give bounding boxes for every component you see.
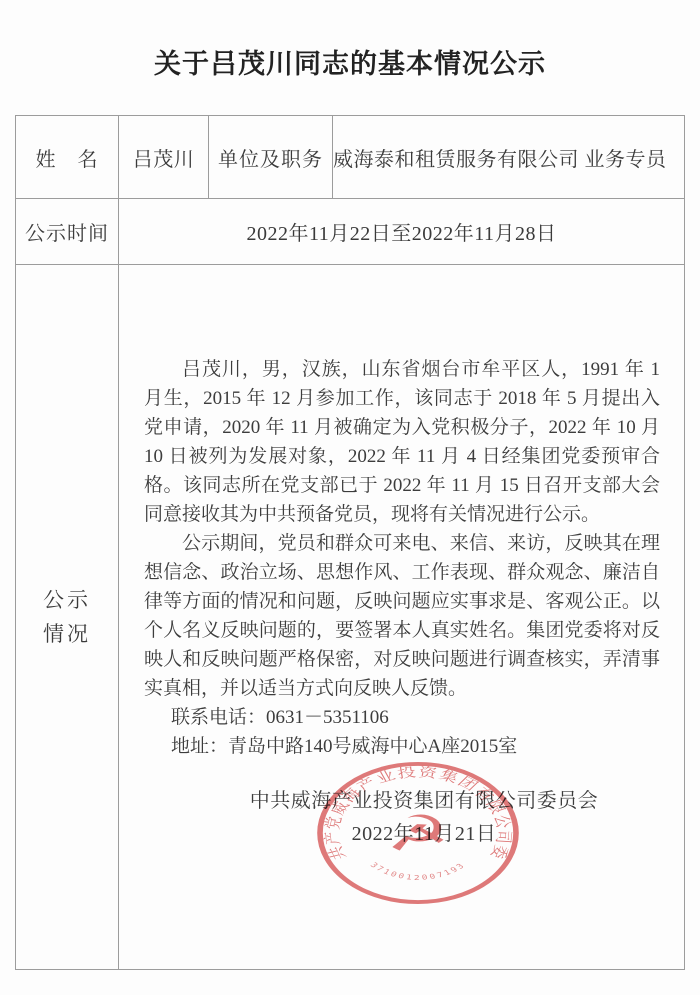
name-label: 姓 名	[16, 116, 119, 199]
detail-label: 公示 情况	[16, 265, 119, 970]
seal-serial-number: 3710012007193	[368, 861, 467, 882]
hammer-sickle-icon: ☭	[387, 805, 450, 862]
name-value: 吕茂川	[119, 116, 209, 199]
official-seal: 中国共产党威海产业投资集团有限公司委员会 3710012007193 ☭	[313, 759, 523, 907]
address-line: 地址：青岛中路140号威海中心A座2015室	[171, 732, 660, 761]
biography-paragraph: 吕茂川，男，汉族，山东省烟台市牟平区人，1991 年 1 月生，2015 年 1…	[144, 355, 660, 529]
detail-content-cell: 吕茂川，男，汉族，山东省烟台市牟平区人，1991 年 1 月生，2015 年 1…	[119, 265, 685, 970]
detail-content: 吕茂川，男，汉族，山东省烟台市牟平区人，1991 年 1 月生，2015 年 1…	[119, 265, 684, 969]
period-value: 2022年11月22日至2022年11月28日	[119, 199, 685, 265]
feedback-paragraph: 公示期间，党员和群众可来电、来信、来访，反映其在理想信念、政治立场、思想作风、工…	[144, 529, 660, 703]
detail-label-line1: 公示	[16, 590, 118, 611]
detail-label-line2: 情况	[16, 624, 118, 645]
document-title: 关于吕茂川同志的基本情况公示	[0, 42, 700, 81]
notice-document: 关于吕茂川同志的基本情况公示 姓 名 吕茂川 单位及职务 威海泰和租赁服务有限公…	[0, 0, 700, 995]
position-label: 单位及职务	[209, 116, 333, 199]
contact-phone-line: 联系电话：0631－5351106	[171, 703, 660, 732]
period-label: 公示时间	[16, 199, 119, 265]
table-row-detail: 公示 情况 吕茂川，男，汉族，山东省烟台市牟平区人，1991 年 1 月生，20…	[16, 265, 685, 970]
table-row-period: 公示时间 2022年11月22日至2022年11月28日	[16, 199, 685, 265]
table-row-name: 姓 名 吕茂川 单位及职务 威海泰和租赁服务有限公司 业务专员	[16, 116, 685, 199]
notice-table: 姓 名 吕茂川 单位及职务 威海泰和租赁服务有限公司 业务专员 公示时间 202…	[15, 115, 685, 970]
position-value: 威海泰和租赁服务有限公司 业务专员	[333, 116, 685, 199]
